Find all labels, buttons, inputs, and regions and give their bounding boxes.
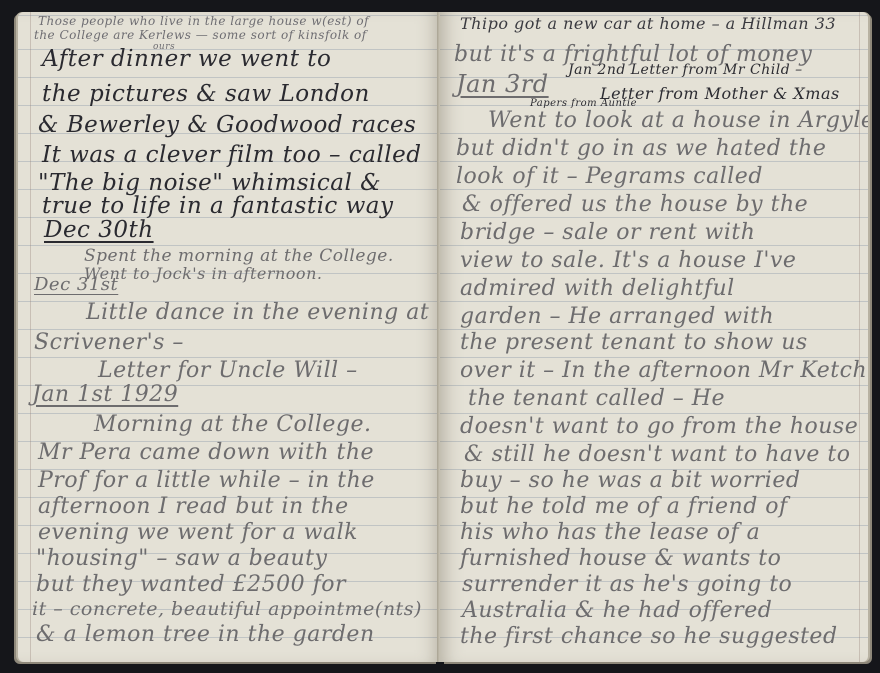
diary-line: the tenant called – He: [468, 386, 725, 411]
inserted-note: Jan 2nd Letter from Mr Child –: [568, 62, 803, 78]
diary-line: admired with delightful: [460, 276, 735, 301]
diary-line: but didn't go in as we hated the: [456, 136, 826, 161]
diary-line: true to life in a fantastic way: [42, 193, 394, 219]
diary-line: bridge – sale or rent with: [460, 220, 755, 245]
diary-line: & offered us the house by the: [462, 192, 808, 217]
date-heading: Dec 30th: [44, 217, 154, 243]
diary-line: it – concrete, beautiful appointme(nts): [32, 598, 422, 620]
diary-line: buy – so he was a bit worried: [460, 468, 800, 493]
annotation-line: the College are Kerlews — some sort of k…: [34, 28, 367, 42]
date-heading: Dec 31st: [34, 274, 118, 295]
diary-line: but he told me of a friend of: [460, 494, 788, 519]
diary-line: furnished house & wants to: [460, 546, 781, 571]
annotation-line: Those people who live in the large house…: [38, 14, 369, 28]
diary-line: the pictures & saw London: [42, 81, 370, 107]
diary-line: Scrivener's –: [34, 330, 184, 355]
diary-line: & still he doesn't want to have to: [464, 442, 851, 467]
diary-line: Prof for a little while – in the: [38, 468, 375, 493]
diary-line: Australia & he had offered: [462, 598, 772, 623]
diary-line: afternoon I read but in the: [38, 494, 349, 519]
diary-line: Went to Jock's in afternoon.: [84, 264, 322, 283]
diary-line: surrender it as he's going to: [462, 572, 792, 597]
diary-line: garden – He arranged with: [460, 304, 774, 329]
diary-line: Letter for Uncle Will –: [98, 358, 358, 383]
diary-line: It was a clever film too – called: [42, 142, 421, 168]
diary-line: the first chance so he suggested: [460, 624, 838, 649]
diary-line: look of it – Pegrams called: [456, 164, 763, 189]
diary-line: Spent the morning at the College.: [84, 246, 394, 266]
diary-line: evening we went for a walk: [38, 520, 358, 545]
diary-line: the present tenant to show us: [460, 330, 808, 355]
diary-line: & a lemon tree in the garden: [36, 622, 375, 647]
diary-line: Went to look at a house in Argyle: [488, 108, 868, 133]
diary-line: & Bewerley & Goodwood races: [38, 112, 416, 138]
diary-line: but they wanted £2500 for: [36, 572, 346, 597]
diary-line: view to sale. It's a house I've: [460, 248, 796, 273]
diary-line: After dinner we went to: [42, 46, 331, 72]
diary-line: Morning at the College.: [94, 412, 371, 437]
right-page: Thipo got a new car at home – a Hillman …: [440, 12, 868, 662]
diary-line: Mr Pera came down with the: [38, 440, 374, 465]
diary-line: his who has the lease of a: [460, 520, 760, 545]
diary-line: over it – In the afternoon Mr Ketch(er): [460, 358, 868, 383]
margin-rule: [30, 12, 31, 662]
date-heading: Jan 1st 1929: [32, 382, 178, 407]
date-heading: Jan 3rd: [456, 70, 549, 98]
left-page: Those people who live in the large house…: [18, 12, 440, 662]
diary-line: doesn't want to go from the house: [460, 414, 858, 439]
diary-line: Little dance in the evening at: [86, 300, 429, 325]
diary-line: Thipo got a new car at home – a Hillman …: [460, 14, 836, 33]
diary-line: "housing" – saw a beauty: [36, 546, 327, 571]
